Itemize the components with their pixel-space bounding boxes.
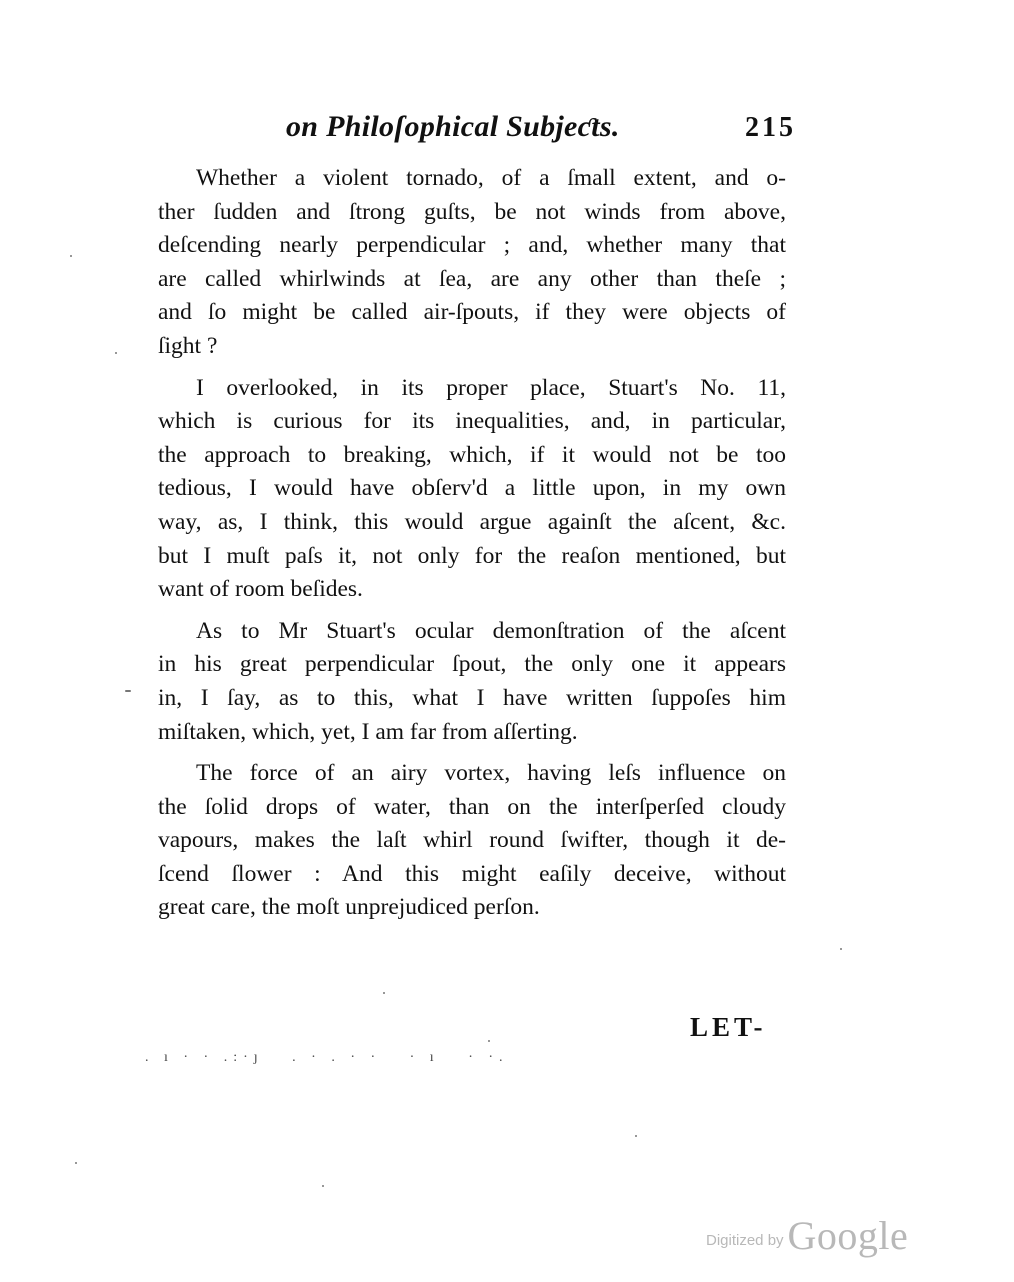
text-line: in his great perpendicular ſpout, the on… <box>158 648 786 682</box>
scan-speck <box>488 1040 490 1042</box>
scan-speck <box>383 992 385 994</box>
digitized-by-google-watermark: Digitized by Google <box>706 1212 908 1259</box>
text-line: in, I ſay, as to this, what I have writt… <box>158 682 786 716</box>
text-line: I overlooked, in its proper place, Stuar… <box>158 372 786 406</box>
scan-speck <box>75 1162 77 1164</box>
paragraph-stuart-no-11: I overlooked, in its proper place, Stuar… <box>158 372 786 607</box>
running-head: on Philoſophical Subjeƈts. 215 <box>286 110 796 154</box>
page-number: 215 <box>745 112 796 144</box>
text-line: ther ſudden and ſtrong guſts, be not win… <box>158 196 786 230</box>
scan-speck <box>70 255 72 257</box>
book-page: on Philoſophical Subjeƈts. 215 Whether a… <box>0 0 1014 1282</box>
text-line: miſtaken, which, yet, I am far from aſſe… <box>158 716 786 750</box>
text-line: but I muſt paſs it, not only for the rea… <box>158 540 786 574</box>
text-line: The force of an airy vortex, having leſs… <box>158 757 786 791</box>
paragraph-tornado: Whether a violent tornado, of a ſmall ex… <box>158 162 786 364</box>
scan-speck <box>125 690 131 692</box>
text-line: As to Mr Stuart's ocular demonſtration o… <box>158 615 786 649</box>
paragraph-ocular-demonstration: As to Mr Stuart's ocular demonſtration o… <box>158 615 786 749</box>
text-line: ſight ? <box>158 330 786 364</box>
scan-speck <box>322 1185 324 1187</box>
text-line: great care, the moſt unprejudiced perſon… <box>158 891 786 925</box>
running-title: on Philoſophical Subjeƈts. <box>286 110 620 144</box>
text-line: the ſolid drops of water, than on the in… <box>158 791 786 825</box>
google-logo-text: Google <box>788 1213 909 1258</box>
text-line: which is curious for its inequalities, a… <box>158 405 786 439</box>
text-line: and ſo might be called air-ſpouts, if th… <box>158 296 786 330</box>
text-line: are called whirlwinds at ſea, are any ot… <box>158 263 786 297</box>
paragraph-airy-vortex: The force of an airy vortex, having leſs… <box>158 757 786 925</box>
scan-speck <box>635 1135 637 1137</box>
text-line: way, as, I think, this would argue again… <box>158 506 786 540</box>
body-text: Whether a violent tornado, of a ſmall ex… <box>158 162 786 933</box>
scan-speck <box>840 948 842 950</box>
digitized-by-label: Digitized by <box>706 1232 784 1249</box>
text-line: tedious, I would have obſerv'd a little … <box>158 472 786 506</box>
text-line: want of room beſides. <box>158 573 786 607</box>
text-line: Whether a violent tornado, of a ſmall ex… <box>158 162 786 196</box>
text-line: ſcend ſlower : And this might eaſily dec… <box>158 858 786 892</box>
text-line: the approach to breaking, which, if it w… <box>158 439 786 473</box>
catchword: LET- <box>690 1012 767 1043</box>
text-line: deſcending nearly perpendicular ; and, w… <box>158 229 786 263</box>
text-line: vapours, makes the laſt whirl round ſwif… <box>158 824 786 858</box>
scan-speck <box>115 352 117 354</box>
scan-specks: . ı · · .:·ȷ . · . · · · ı · ·. <box>145 1050 509 1066</box>
